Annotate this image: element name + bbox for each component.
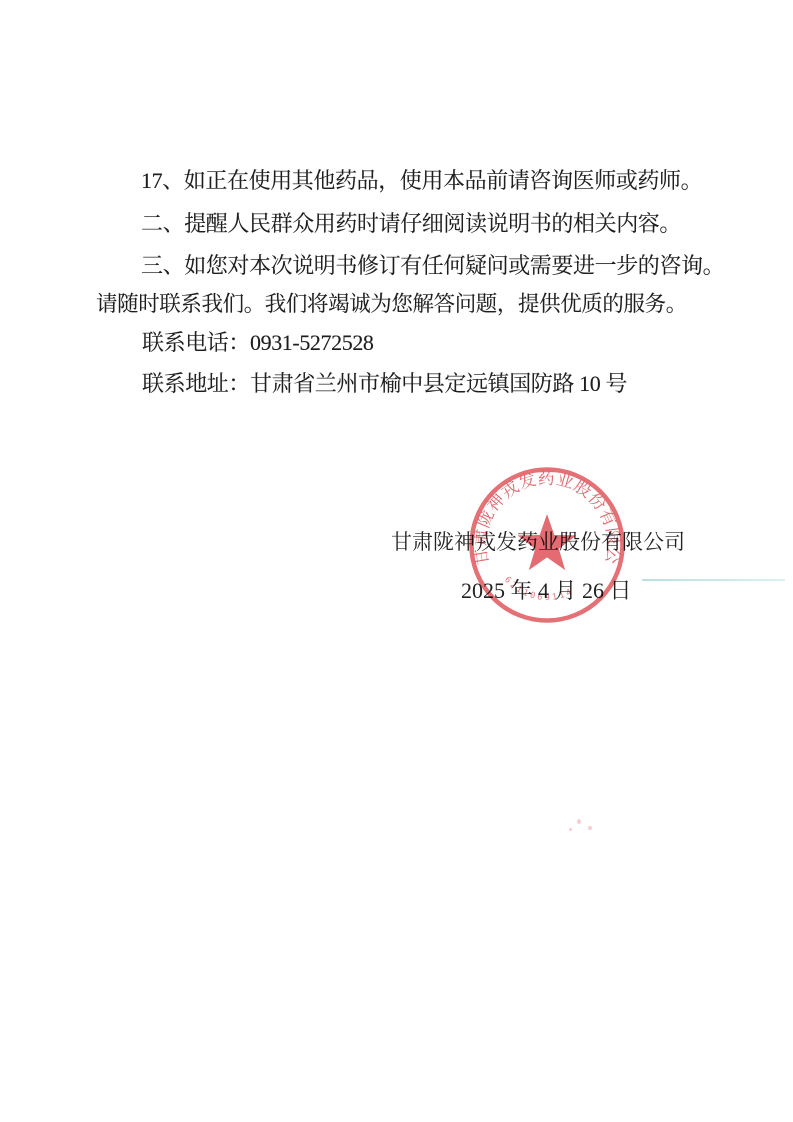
scanner-artifact-line xyxy=(642,579,785,581)
paragraph-continuation: 请随时联系我们。我们将竭诚为您解答问题，提供优质的服务。 xyxy=(96,292,687,317)
paragraph-item-17: 17、如正在使用其他药品，使用本品前请咨询医师或药师。 xyxy=(141,168,702,193)
paragraph-item-2: 二、提醒人民群众用药时请仔细阅读说明书的相关内容。 xyxy=(141,211,681,236)
company-signature: 甘肃陇神戎发药业股份有限公司 xyxy=(391,526,685,556)
ink-speck xyxy=(588,826,592,830)
paragraph-item-3: 三、如您对本次说明书修订有任何疑问或需要进一步的咨询。 xyxy=(141,253,724,278)
ink-speck xyxy=(569,828,572,831)
contact-phone-line: 联系电话：0931-5272528 xyxy=(142,330,374,355)
signature-date: 2025 年 4 月 26 日 xyxy=(461,574,632,605)
contact-address-line: 联系地址：甘肃省兰州市榆中县定远镇国防路 10 号 xyxy=(142,371,627,396)
ink-speck xyxy=(577,819,581,824)
document-page: 17、如正在使用其他药品，使用本品前请咨询医师或药师。 二、提醒人民群众用药时请… xyxy=(0,0,793,1122)
